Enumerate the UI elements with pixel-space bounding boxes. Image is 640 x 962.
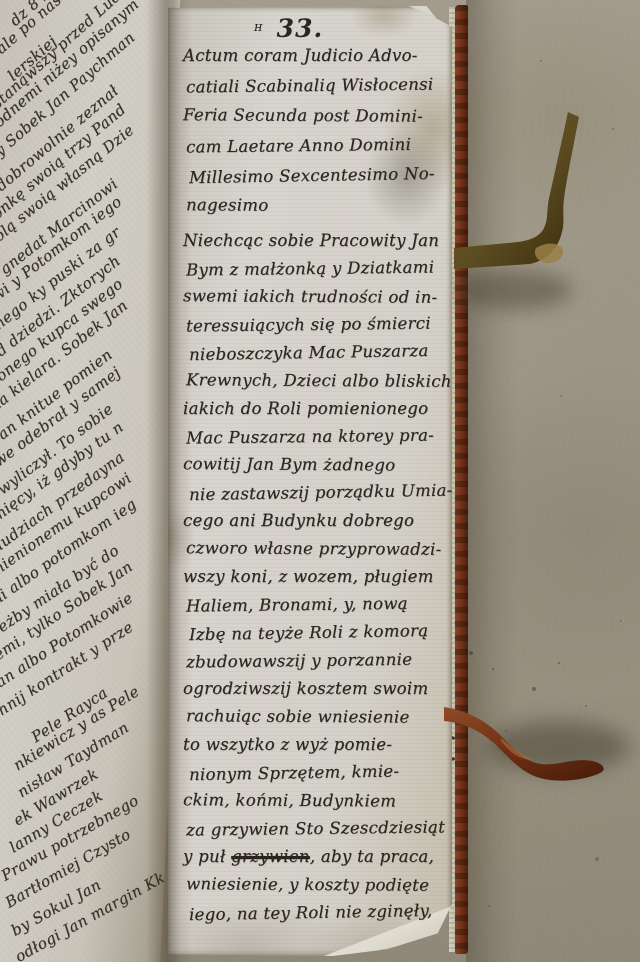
manuscript-line-strikethrough: y puł grzywien, aby ta praca, [183, 843, 443, 871]
folio-mark: ʜ [254, 20, 263, 35]
manuscript-line: Millesimo Sexcentesimo No- [183, 159, 443, 194]
manuscript-line: iakich do Roli pomienionego [183, 395, 443, 423]
manuscript-line: wszy koni, z wozem, pługiem [183, 563, 443, 591]
manuscript-line: nie zastawszij porządku Umia- [183, 477, 443, 510]
latin-heading-paragraph: Actum coram Judicio Advo- catiali Scabin… [183, 41, 443, 221]
manuscript-line: za grzywien Sto Szescdziesiąt [183, 813, 443, 844]
leather-tie-lower [440, 655, 640, 805]
record-body-paragraph: Niechcąc sobie Pracowity Jan Bym z małżo… [183, 227, 443, 927]
manuscript-line: Izbę na teyże Roli z komorą [183, 617, 443, 650]
manuscript-line: czworo własne przyprowadzi- [183, 534, 443, 564]
manuscript-line: Krewnych, Dzieci albo bliskich [183, 366, 443, 396]
tie-knot-highlight [535, 244, 563, 264]
manuscript-line: swemi iakich trudności od in- [183, 282, 443, 312]
tie-strap [454, 112, 579, 269]
manuscript-line: nieboszczyka Mac Puszarza [183, 337, 443, 370]
page-number: 33. [277, 14, 324, 43]
manuscript-line: to wszytko z wyż pomie- [183, 731, 443, 759]
manuscript-line: nagesimo [183, 190, 443, 222]
page-header: ʜ33. [254, 14, 323, 43]
manuscript-line: ckim, końmi, Budynkiem [183, 786, 443, 816]
manuscript-line: cam Laetare Anno Domini [183, 129, 443, 162]
line-text: , aby ta praca, [310, 847, 434, 866]
manuscript-line: rachuiąc sobie wniesienie [183, 702, 443, 732]
manuscript-line: zbudowawszij y porzannie [183, 645, 443, 676]
struck-word: grzywien [231, 847, 310, 866]
manuscript-line: teressuiących się po śmierci [183, 309, 443, 340]
manuscript-line: Niechcąc sobie Pracowity Jan [183, 227, 443, 255]
manuscript-line: cowitij Jan Bym żadnego [183, 450, 443, 480]
manuscript-line: catiali Scabinaliq Wisłocensi [183, 69, 443, 102]
manuscript-line: Mac Puszarza na ktorey pra- [183, 421, 443, 452]
tie-shadow [456, 270, 572, 310]
right-page: ʜ33. Actum coram Judicio Advo- catiali S… [168, 6, 452, 956]
manuscript-line: wniesienie, y koszty podięte [183, 870, 443, 900]
leather-tie-upper [452, 98, 602, 338]
manuscript-line: nionym Sprzętem, kmie- [183, 757, 443, 790]
manuscript-line: cego ani Budynku dobrego [183, 507, 443, 535]
left-page: dz 8 Dzieciatymi ale po naswietrzey lers… [0, 0, 182, 962]
manuscript-line: Bym z małżonką y Dziatkami [183, 253, 443, 284]
manuscript-line: Actum coram Judicio Advo- [183, 41, 443, 71]
manuscript-line: ogrodziwszij kosztem swoim [183, 675, 443, 703]
book-photo: dz 8 Dzieciatymi ale po naswietrzey lers… [0, 0, 640, 962]
manuscript-line: Feria Secunda post Domini- [183, 100, 443, 132]
line-text: y puł [183, 847, 231, 866]
manuscript-line: iego, na tey Roli nie zginęły, [183, 897, 443, 930]
manuscript-line: Haliem, Bronami, y, nową [183, 589, 443, 620]
